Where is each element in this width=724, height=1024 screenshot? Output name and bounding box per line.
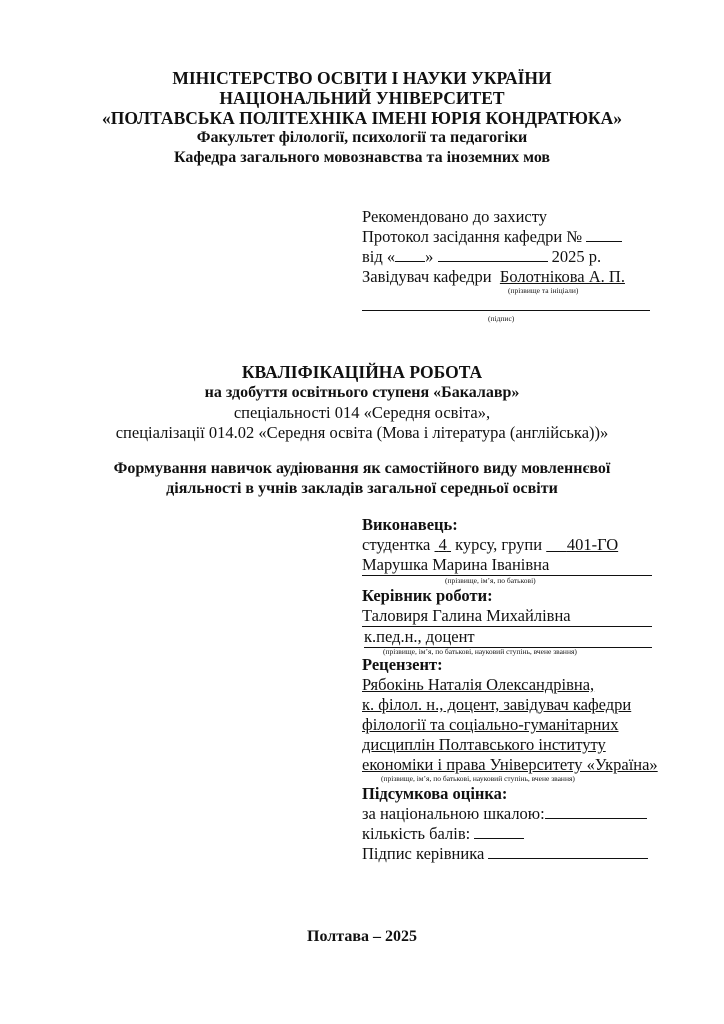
work-type: КВАЛІФІКАЦІЙНА РОБОТА — [0, 362, 724, 382]
date-mid: » — [425, 247, 433, 266]
head-caption: (прізвище та ініціали) — [508, 286, 578, 296]
student-name: Марушка Марина Іванівна — [362, 555, 652, 576]
topic-line2: діяльності в учнів закладів загальної се… — [0, 479, 724, 499]
reviewer-line-3: філології та соціально-гуманітарних — [362, 715, 682, 735]
signature-caption: (підпис) — [488, 314, 514, 324]
reviewer-line-1: Рябокінь Наталія Олександрівна, — [362, 675, 682, 695]
head-name: Болотнікова А. П. — [500, 267, 625, 286]
date-line: від «» 2025 р. — [362, 247, 662, 267]
final-grade-block: Підсумкова оцінка: за національною шкало… — [362, 784, 682, 864]
date-prefix: від « — [362, 247, 395, 266]
head-line: Завідувач кафедри Болотнікова А. П. — [362, 267, 662, 287]
supervisor-signature-line: Підпис керівника — [362, 844, 682, 864]
protocol-line: Протокол засідання кафедри № — [362, 227, 662, 247]
course-value: 4 — [435, 535, 452, 554]
reviewer-label: Рецензент: — [362, 655, 682, 675]
degree-line: на здобуття освітнього ступеня «Бакалавр… — [0, 383, 724, 403]
supervisor-signature-field[interactable] — [488, 844, 648, 859]
protocol-label: Протокол засідання кафедри № — [362, 227, 582, 246]
specialty-line: спеціальності 014 «Середня освіта», — [0, 403, 724, 423]
supervisor-signature-label: Підпис керівника — [362, 844, 484, 863]
reviewer-caption: (прізвище, ім’я, по батькові, науковий с… — [381, 774, 575, 784]
points-label: кількість балів: — [362, 824, 470, 843]
student-prefix: студентка — [362, 535, 430, 554]
performer-block: Виконавець: студентка 4 курсу, групи 401… — [362, 515, 662, 576]
ministry-title: МІНІСТЕРСТВО ОСВІТИ І НАУКИ УКРАЇНИ — [0, 68, 724, 88]
final-grade-label: Підсумкова оцінка: — [362, 784, 682, 804]
faculty-name: Факультет філології, психології та педаг… — [0, 128, 724, 148]
head-label: Завідувач кафедри — [362, 267, 492, 286]
group-value: 401-ГО — [546, 535, 618, 554]
department-name: Кафедра загального мовознавства та інозе… — [0, 148, 724, 168]
points-field[interactable] — [474, 824, 524, 839]
national-scale-label: за національною шкалою: — [362, 804, 545, 823]
approval-block: Рекомендовано до захисту Протокол засіда… — [362, 207, 662, 287]
date-year: 2025 р. — [552, 247, 602, 266]
recommended-text: Рекомендовано до захисту — [362, 207, 662, 227]
course-label: курсу, групи — [455, 535, 542, 554]
protocol-number-field[interactable] — [586, 227, 622, 242]
reviewer-block: Рецензент: Рябокінь Наталія Олександрівн… — [362, 655, 682, 775]
reviewer-line-4: дисциплін Полтавського інституту — [362, 735, 682, 755]
university-name-line1: НАЦІОНАЛЬНИЙ УНІВЕРСИТЕТ — [0, 88, 724, 108]
supervisor-title: к.пед.н., доцент — [364, 627, 652, 648]
date-month-field[interactable] — [438, 247, 548, 262]
student-name-caption: (прізвище, ім’я, по батькові) — [445, 576, 536, 586]
signature-line[interactable] — [362, 310, 650, 311]
national-scale-field[interactable] — [545, 804, 647, 819]
supervisor-block: Керівник роботи: Таловиря Галина Михайлі… — [362, 586, 662, 648]
date-day-field[interactable] — [395, 247, 425, 262]
topic-line1: Формування навичок аудіювання як самості… — [0, 459, 724, 479]
supervisor-name: Таловиря Галина Михайлівна — [362, 606, 652, 627]
specialization-line: спеціалізації 014.02 «Середня освіта (Мо… — [0, 423, 724, 443]
reviewer-line-2: к. філол. н., доцент, завідувач кафедри — [362, 695, 682, 715]
performer-label: Виконавець: — [362, 515, 662, 535]
national-scale-line: за національною шкалою: — [362, 804, 682, 824]
points-line: кількість балів: — [362, 824, 682, 844]
supervisor-label: Керівник роботи: — [362, 586, 662, 606]
university-name-line2: «ПОЛТАВСЬКА ПОЛІТЕХНІКА ІМЕНІ ЮРІЯ КОНДР… — [0, 108, 724, 128]
reviewer-line-5: економіки і права Університету «Україна» — [362, 755, 682, 775]
student-course-group-line: студентка 4 курсу, групи 401-ГО — [362, 535, 662, 555]
city-year: Полтава – 2025 — [0, 927, 724, 947]
